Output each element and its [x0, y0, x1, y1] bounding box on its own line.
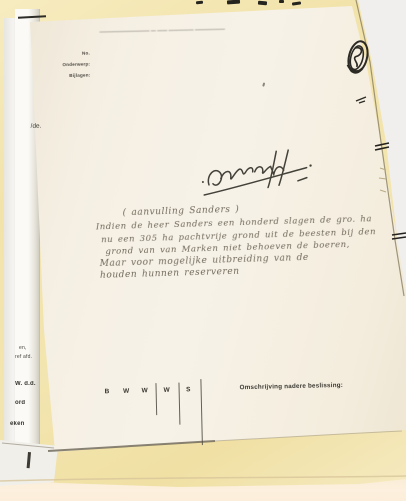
- handwritten-line: ( aanvulling Sanders ): [122, 205, 239, 218]
- stray-pen-dot: [262, 82, 265, 86]
- label-bijlagen: Bijlagen:: [36, 72, 90, 78]
- label-onderwerp: Onderwerp:: [36, 61, 90, 67]
- form-column-b: B: [105, 388, 110, 395]
- form-column-s: S: [186, 386, 191, 393]
- handwritten-line: houden hunnen reserveren: [100, 267, 240, 281]
- form-column-w: W: [164, 387, 170, 394]
- reference-mark: /de.: [31, 123, 42, 130]
- form-description-label: Omschrijving nadere beslissing:: [240, 382, 344, 391]
- signature: [200, 146, 315, 201]
- label-no: No.: [36, 51, 90, 57]
- form-column-w: W: [123, 388, 129, 395]
- form-column-w: W: [142, 387, 148, 394]
- printed-heading-illegible: —————————— — —— ————— ——————: [99, 26, 225, 35]
- form-column-divider: [155, 383, 157, 415]
- document-content: —————————— — —— ————— —————— No. Onderwe…: [0, 0, 406, 501]
- photo-of-archival-document: en, ref afd. W. d.d. ord eken ——————————…: [0, 0, 406, 501]
- form-column-divider: [178, 383, 180, 425]
- form-column-divider: [200, 379, 202, 445]
